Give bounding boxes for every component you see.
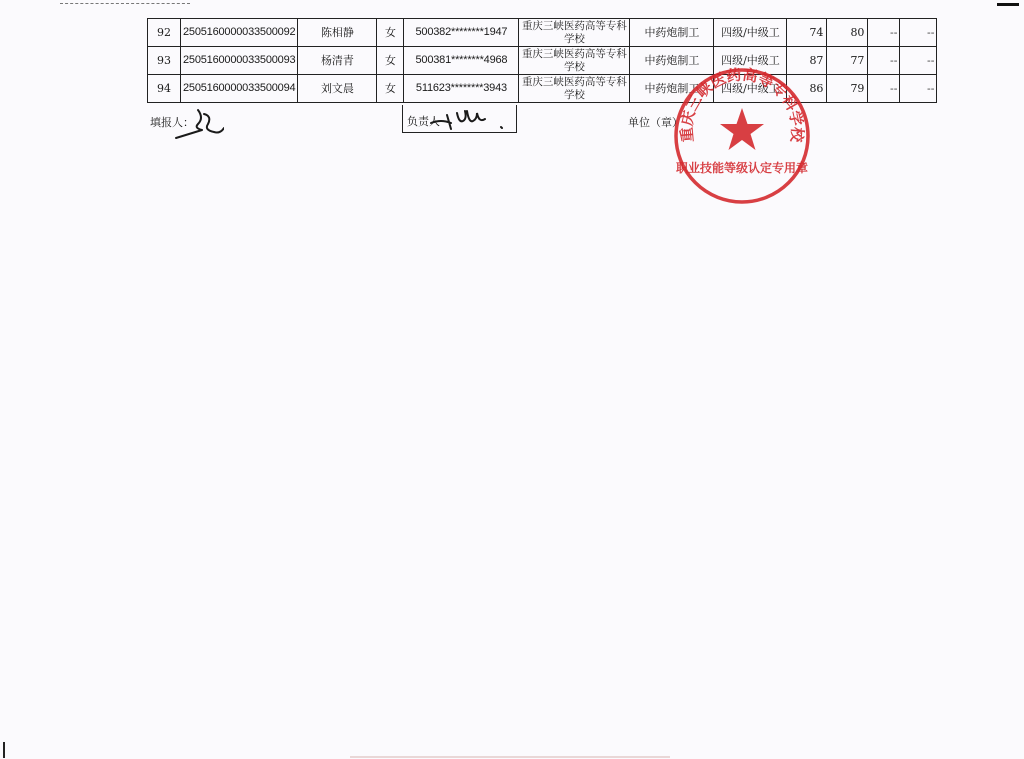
score-3-cell: -- <box>868 75 900 103</box>
responsible-signature <box>429 107 509 131</box>
table-row: 922505160000033500092陈相静女500382********1… <box>148 19 937 47</box>
name-cell: 陈相静 <box>298 19 377 47</box>
school-cell: 重庆三峡医药高等专科学校 <box>519 75 630 103</box>
level-cell: 四级/中级工 <box>714 75 787 103</box>
scan-artifact-dashes <box>60 3 190 4</box>
name-cell: 刘文晨 <box>298 75 377 103</box>
roster-table: 922505160000033500092陈相静女500382********1… <box>147 18 937 103</box>
scan-artifact-edge <box>3 742 5 758</box>
gender-cell: 女 <box>377 47 404 75</box>
id-no-cell: 500382********1947 <box>404 19 519 47</box>
scan-artifact-bar <box>997 3 1019 6</box>
name-cell: 杨清青 <box>298 47 377 75</box>
occupation-cell: 中药炮制工 <box>630 47 714 75</box>
theory-score-cell: 86 <box>787 75 827 103</box>
id-no-cell: 511623********3943 <box>404 75 519 103</box>
seq-cell: 93 <box>148 47 181 75</box>
unit-seal-label: 单位（章） <box>628 114 683 130</box>
level-cell: 四级/中级工 <box>714 47 787 75</box>
theory-score-cell: 74 <box>787 19 827 47</box>
seal-star-icon <box>720 108 764 150</box>
table-row: 932505160000033500093杨清青女500381********4… <box>148 47 937 75</box>
responsible-box: 负责人 <box>402 105 517 133</box>
filler-signature <box>174 106 224 142</box>
cert-no-cell: 2505160000033500092 <box>181 19 298 47</box>
svg-text:职业技能等级认定专用章: 职业技能等级认定专用章 <box>676 160 808 175</box>
school-cell: 重庆三峡医药高等专科学校 <box>519 19 630 47</box>
seq-cell: 92 <box>148 19 181 47</box>
score-4-cell: -- <box>900 47 937 75</box>
school-cell: 重庆三峡医药高等专科学校 <box>519 47 630 75</box>
table-row: 942505160000033500094刘文晨女511623********3… <box>148 75 937 103</box>
cert-no-cell: 2505160000033500094 <box>181 75 298 103</box>
scan-artifact-edge-bottom <box>350 756 670 758</box>
seq-cell: 94 <box>148 75 181 103</box>
theory-score-cell: 87 <box>787 47 827 75</box>
score-3-cell: -- <box>868 47 900 75</box>
occupation-cell: 中药炮制工 <box>630 75 714 103</box>
gender-cell: 女 <box>377 75 404 103</box>
occupation-cell: 中药炮制工 <box>630 19 714 47</box>
gender-cell: 女 <box>377 19 404 47</box>
score-4-cell: -- <box>900 19 937 47</box>
skill-score-cell: 79 <box>827 75 868 103</box>
skill-score-cell: 80 <box>827 19 868 47</box>
id-no-cell: 500381********4968 <box>404 47 519 75</box>
skill-score-cell: 77 <box>827 47 868 75</box>
score-4-cell: -- <box>900 75 937 103</box>
cert-no-cell: 2505160000033500093 <box>181 47 298 75</box>
score-3-cell: -- <box>868 19 900 47</box>
level-cell: 四级/中级工 <box>714 19 787 47</box>
